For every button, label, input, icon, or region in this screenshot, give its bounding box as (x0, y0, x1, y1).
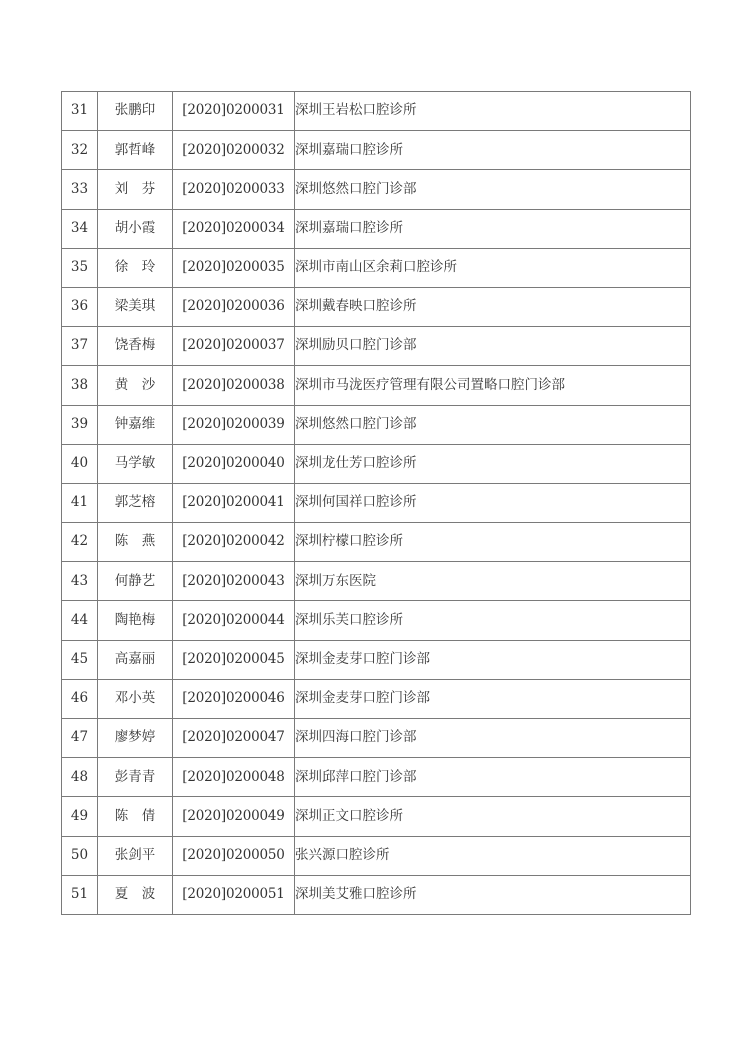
table-row: 37饶香梅[2020]0200037深圳励贝口腔门诊部 (62, 327, 691, 366)
institution-name: 深圳乐芙口腔诊所 (295, 601, 691, 640)
row-number: 37 (62, 327, 98, 366)
row-number: 34 (62, 209, 98, 248)
registry-table: 31张鹏印[2020]0200031深圳王岩松口腔诊所 32郭哲峰[2020]0… (61, 91, 691, 915)
table-row: 45高嘉丽[2020]0200045深圳金麦芽口腔门诊部 (62, 640, 691, 679)
row-number: 45 (62, 640, 98, 679)
table-row: 41郭芝榕[2020]0200041深圳何国祥口腔诊所 (62, 483, 691, 522)
institution-name: 深圳何国祥口腔诊所 (295, 483, 691, 522)
institution-name: 深圳柠檬口腔诊所 (295, 523, 691, 562)
person-name: 郭芝榕 (98, 483, 173, 522)
row-number: 41 (62, 483, 98, 522)
certificate-number: [2020]0200037 (173, 327, 295, 366)
certificate-number: [2020]0200034 (173, 209, 295, 248)
person-name: 梁美琪 (98, 287, 173, 326)
row-number: 43 (62, 562, 98, 601)
table-row: 44陶艳梅[2020]0200044深圳乐芙口腔诊所 (62, 601, 691, 640)
person-name: 彭青青 (98, 758, 173, 797)
table-row: 51夏 波[2020]0200051深圳美艾雅口腔诊所 (62, 875, 691, 914)
institution-name: 深圳市马泷医疗管理有限公司置略口腔门诊部 (295, 366, 691, 405)
person-name: 郭哲峰 (98, 131, 173, 170)
person-name: 徐 玲 (98, 248, 173, 287)
certificate-number: [2020]0200038 (173, 366, 295, 405)
person-name: 邓小英 (98, 679, 173, 718)
certificate-number: [2020]0200035 (173, 248, 295, 287)
person-name: 廖梦婷 (98, 719, 173, 758)
certificate-number: [2020]0200042 (173, 523, 295, 562)
table-row: 35徐 玲[2020]0200035深圳市南山区余莉口腔诊所 (62, 248, 691, 287)
table-row: 38黄 沙[2020]0200038深圳市马泷医疗管理有限公司置略口腔门诊部 (62, 366, 691, 405)
person-name: 张鹏印 (98, 92, 173, 131)
table-row: 39钟嘉维[2020]0200039深圳悠然口腔门诊部 (62, 405, 691, 444)
institution-name: 深圳正文口腔诊所 (295, 797, 691, 836)
row-number: 44 (62, 601, 98, 640)
table-row: 50张剑平[2020]0200050张兴源口腔诊所 (62, 836, 691, 875)
person-name: 黄 沙 (98, 366, 173, 405)
row-number: 33 (62, 170, 98, 209)
certificate-number: [2020]0200050 (173, 836, 295, 875)
institution-name: 深圳金麦芽口腔门诊部 (295, 640, 691, 679)
certificate-number: [2020]0200049 (173, 797, 295, 836)
institution-name: 深圳市南山区余莉口腔诊所 (295, 248, 691, 287)
table-row: 33刘 芬[2020]0200033深圳悠然口腔门诊部 (62, 170, 691, 209)
person-name: 陈 倩 (98, 797, 173, 836)
certificate-number: [2020]0200032 (173, 131, 295, 170)
person-name: 张剑平 (98, 836, 173, 875)
person-name: 何静艺 (98, 562, 173, 601)
certificate-number: [2020]0200045 (173, 640, 295, 679)
person-name: 高嘉丽 (98, 640, 173, 679)
row-number: 48 (62, 758, 98, 797)
table-row: 49陈 倩[2020]0200049深圳正文口腔诊所 (62, 797, 691, 836)
person-name: 陶艳梅 (98, 601, 173, 640)
institution-name: 深圳悠然口腔门诊部 (295, 170, 691, 209)
row-number: 50 (62, 836, 98, 875)
institution-name: 深圳美艾雅口腔诊所 (295, 875, 691, 914)
certificate-number: [2020]0200040 (173, 444, 295, 483)
row-number: 47 (62, 719, 98, 758)
institution-name: 深圳悠然口腔门诊部 (295, 405, 691, 444)
person-name: 饶香梅 (98, 327, 173, 366)
row-number: 42 (62, 523, 98, 562)
institution-name: 深圳邱萍口腔门诊部 (295, 758, 691, 797)
row-number: 32 (62, 131, 98, 170)
row-number: 46 (62, 679, 98, 718)
table-row: 43何静艺[2020]0200043深圳万东医院 (62, 562, 691, 601)
table-row: 34胡小霞[2020]0200034深圳嘉瑞口腔诊所 (62, 209, 691, 248)
row-number: 36 (62, 287, 98, 326)
certificate-number: [2020]0200039 (173, 405, 295, 444)
registry-table-body: 31张鹏印[2020]0200031深圳王岩松口腔诊所 32郭哲峰[2020]0… (62, 92, 691, 915)
row-number: 51 (62, 875, 98, 914)
institution-name: 深圳四海口腔门诊部 (295, 719, 691, 758)
certificate-number: [2020]0200046 (173, 679, 295, 718)
institution-name: 深圳龙仕芳口腔诊所 (295, 444, 691, 483)
institution-name: 深圳嘉瑞口腔诊所 (295, 131, 691, 170)
institution-name: 张兴源口腔诊所 (295, 836, 691, 875)
table-row: 36梁美琪[2020]0200036深圳戴春映口腔诊所 (62, 287, 691, 326)
person-name: 夏 波 (98, 875, 173, 914)
certificate-number: [2020]0200043 (173, 562, 295, 601)
certificate-number: [2020]0200031 (173, 92, 295, 131)
certificate-number: [2020]0200044 (173, 601, 295, 640)
person-name: 陈 燕 (98, 523, 173, 562)
certificate-number: [2020]0200047 (173, 719, 295, 758)
certificate-number: [2020]0200033 (173, 170, 295, 209)
institution-name: 深圳嘉瑞口腔诊所 (295, 209, 691, 248)
institution-name: 深圳金麦芽口腔门诊部 (295, 679, 691, 718)
table-row: 32郭哲峰[2020]0200032深圳嘉瑞口腔诊所 (62, 131, 691, 170)
person-name: 胡小霞 (98, 209, 173, 248)
certificate-number: [2020]0200036 (173, 287, 295, 326)
institution-name: 深圳戴春映口腔诊所 (295, 287, 691, 326)
certificate-number: [2020]0200051 (173, 875, 295, 914)
certificate-number: [2020]0200041 (173, 483, 295, 522)
institution-name: 深圳万东医院 (295, 562, 691, 601)
institution-name: 深圳王岩松口腔诊所 (295, 92, 691, 131)
person-name: 刘 芬 (98, 170, 173, 209)
certificate-number: [2020]0200048 (173, 758, 295, 797)
institution-name: 深圳励贝口腔门诊部 (295, 327, 691, 366)
row-number: 39 (62, 405, 98, 444)
row-number: 40 (62, 444, 98, 483)
table-row: 40马学敏[2020]0200040深圳龙仕芳口腔诊所 (62, 444, 691, 483)
table-row: 46邓小英[2020]0200046深圳金麦芽口腔门诊部 (62, 679, 691, 718)
row-number: 31 (62, 92, 98, 131)
row-number: 38 (62, 366, 98, 405)
table-row: 42陈 燕[2020]0200042深圳柠檬口腔诊所 (62, 523, 691, 562)
row-number: 49 (62, 797, 98, 836)
person-name: 马学敏 (98, 444, 173, 483)
table-row: 47廖梦婷[2020]0200047深圳四海口腔门诊部 (62, 719, 691, 758)
person-name: 钟嘉维 (98, 405, 173, 444)
row-number: 35 (62, 248, 98, 287)
table-row: 48彭青青[2020]0200048深圳邱萍口腔门诊部 (62, 758, 691, 797)
document-page: 31张鹏印[2020]0200031深圳王岩松口腔诊所 32郭哲峰[2020]0… (0, 0, 750, 1060)
table-row: 31张鹏印[2020]0200031深圳王岩松口腔诊所 (62, 92, 691, 131)
